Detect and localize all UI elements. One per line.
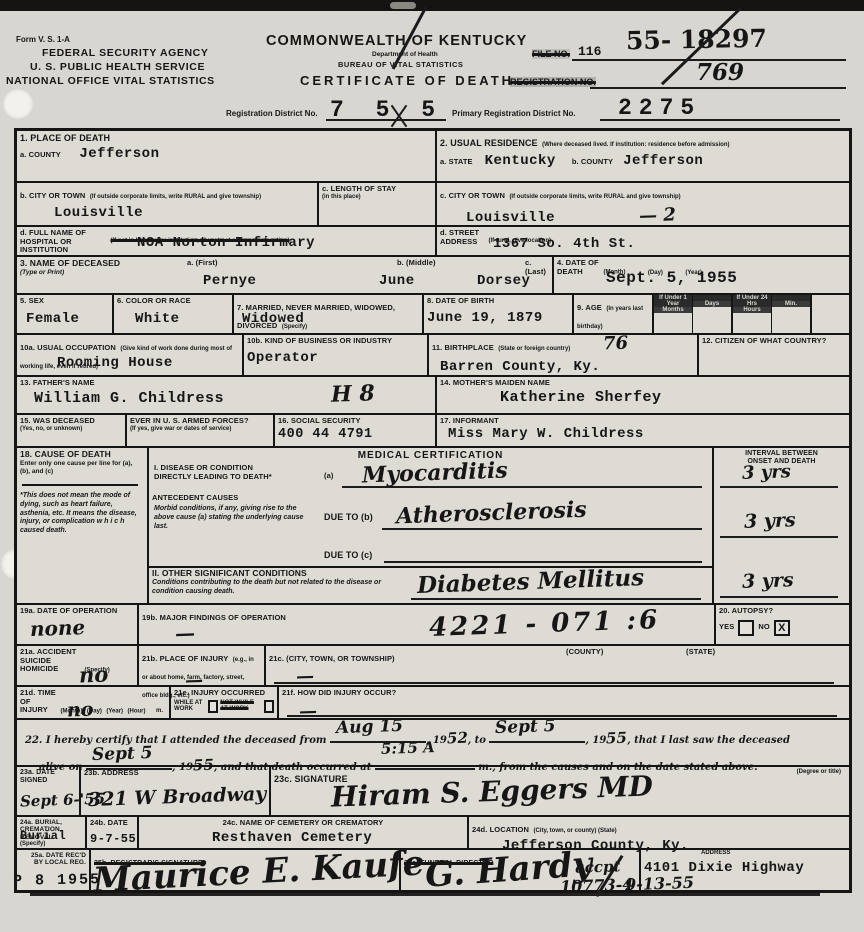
field-informant: 17. INFORMANT Miss Mary W. Childress xyxy=(435,415,849,446)
street-label: d. STREET ADDRESS xyxy=(440,229,484,246)
footer-handnote-3: 9-13-55 xyxy=(625,873,695,894)
interval-other-value: 3 yrs xyxy=(742,569,794,593)
while-at-work-checkbox xyxy=(208,700,218,713)
field-father: 13. FATHER'S NAME William G. Childress H… xyxy=(17,377,435,413)
min-label: Min. xyxy=(772,301,810,307)
hospital-label: d. FULL NAME OF HOSPITAL OR INSTITUTION xyxy=(20,229,106,255)
name-of-deceased-note: (Type or Print) xyxy=(20,269,154,277)
toi-hour: (Hour) xyxy=(128,708,146,714)
field-street-address: d. STREET ADDRESS (If rural, give locati… xyxy=(435,227,849,255)
disease-condition-label-2: DIRECTLY LEADING TO DEATH* xyxy=(154,473,272,482)
field-date-of-death: 4. DATE OF DEATH (Month) (Day) (Year) Se… xyxy=(552,257,849,293)
length-of-stay-note: (in this place) xyxy=(322,194,432,200)
physician-address-value: 321 W Broadway xyxy=(88,783,267,811)
certify-19b: , 19 xyxy=(585,735,606,746)
informant-label: 17. INFORMANT xyxy=(440,417,846,426)
field-injury-city: 21c. (CITY, TOWN, OR TOWNSHIP) (COUNTY) … xyxy=(264,646,849,685)
disease-condition-label-1: I. DISEASE OR CONDITION xyxy=(154,464,253,473)
field-cause-of-death-sidebar: 18. CAUSE OF DEATH Enter only one cause … xyxy=(17,448,147,603)
under-1yr-label: If Under 1 Year xyxy=(654,295,692,307)
row-forces-ssn-informant: 15. WAS DECEASED (Yes, no, or unknown) E… xyxy=(17,413,849,446)
line-a-label: (a) xyxy=(324,472,333,481)
physician-signature-value: Hiram S. Eggers MD xyxy=(331,769,654,813)
field-accident-suicide: 21a. ACCIDENT SUICIDE HOMICIDE (Specify)… xyxy=(17,646,137,685)
ssn-value: 400 44 4791 xyxy=(278,427,432,442)
row-accident: 21a. ACCIDENT SUICIDE HOMICIDE (Specify)… xyxy=(17,644,849,685)
district-line xyxy=(326,119,446,121)
field-time-of-injury: 21d. TIME OF INJURY (Month) (Day) (Year)… xyxy=(17,687,169,718)
toi-m-label: m. xyxy=(156,708,163,714)
sex-value: Female xyxy=(26,311,109,327)
field-medical-certification: MEDICAL CERTIFICATION I. DISEASE OR COND… xyxy=(147,448,712,603)
row-operation-autopsy: 19a. DATE OF OPERATION none 19b. MAJOR F… xyxy=(17,603,849,644)
certify-to-value: Sept 5 xyxy=(495,711,557,744)
field-residence-city: c. CITY OR TOWN (If outside corporate li… xyxy=(435,183,849,225)
county-value: Jefferson xyxy=(79,146,159,162)
residence-county-label: b. COUNTY xyxy=(572,158,613,167)
field-place-of-injury: 21b. PLACE OF INJURY (e.g., in or about … xyxy=(137,646,264,685)
due-to-b-label: DUE TO (b) xyxy=(324,512,373,522)
under-24hr-label: If Under 24 Hrs xyxy=(733,295,771,307)
accident-label: 21a. ACCIDENT SUICIDE HOMICIDE xyxy=(20,648,80,674)
residence-city-note: (If outside corporate limits, write RURA… xyxy=(509,194,680,200)
interval-label-1: INTERVAL BETWEEN xyxy=(717,450,846,458)
field-hospital: d. FULL NAME OF HOSPITAL OR INSTITUTION … xyxy=(17,227,435,255)
cemetery-value: Resthaven Cemetery xyxy=(212,830,464,846)
field-interval: INTERVAL BETWEEN ONSET AND DEATH 3 yrs 3… xyxy=(712,448,849,603)
accident-value: no xyxy=(79,661,109,687)
row-hospital-street: d. FULL NAME OF HOSPITAL OR INSTITUTION … xyxy=(17,225,849,255)
date-of-operation-value: none xyxy=(30,615,86,641)
toi-year: (Year) xyxy=(106,708,123,714)
other-conditions-block: II. OTHER SIGNIFICANT CONDITIONS Conditi… xyxy=(149,566,712,606)
field-citizen: 12. CITIZEN OF WHAT COUNTRY? xyxy=(697,335,849,375)
residence-city-value: Louisville xyxy=(466,210,555,226)
cause-note-1: Enter only one cause per line for (a), (… xyxy=(20,460,144,476)
commonwealth-title: COMMONWEALTH OF KENTUCKY xyxy=(266,33,527,49)
primary-district-line xyxy=(600,119,840,121)
dob-value: June 19, 1879 xyxy=(427,310,569,326)
time-of-injury-value: no xyxy=(67,699,94,722)
field-burial-date: 24b. DATE 9-7-55 xyxy=(85,817,137,848)
while-at-work-label: WHILE AT WORK xyxy=(174,700,206,712)
autopsy-no-label: NO xyxy=(758,623,769,632)
certify-part2: , that I last saw the deceased xyxy=(627,735,790,746)
date-of-death-label: 4. DATE OF DEATH xyxy=(557,259,599,276)
ssn-label: 16. SOCIAL SECURITY xyxy=(278,417,432,426)
other-conditions-note: Conditions contributing to the death but… xyxy=(152,579,412,597)
occupation-value: Rooming House xyxy=(57,355,173,371)
date-received-label: 25a. DATE REC'D BY LOCAL REG. xyxy=(20,852,86,867)
date-of-death-value: Sept. 5, 1955 xyxy=(606,269,737,287)
agency-line-1: FEDERAL SECURITY AGENCY xyxy=(42,47,208,59)
row-sex-race-age: 5. SEX Female 6. COLOR OR RACE White 7. … xyxy=(17,293,849,333)
antecedent-label: ANTECEDENT CAUSES xyxy=(152,494,709,503)
certify-num: 22. xyxy=(25,735,42,746)
field-ssn: 16. SOCIAL SECURITY 400 44 4791 xyxy=(273,415,435,446)
industry-value: Operator xyxy=(247,350,424,366)
first-name-value: Pernye xyxy=(203,273,256,289)
certificate-header: Form V. S. 1-A FEDERAL SECURITY AGENCY U… xyxy=(0,11,864,128)
row-physician-signature: 23a. DATE SIGNED Sept 6-'55 23b. ADDRESS… xyxy=(17,765,849,815)
line-b-rule xyxy=(382,528,702,530)
scan-top-edge xyxy=(0,0,864,11)
cause-note-2: *This does not mean the mode of dying, s… xyxy=(20,492,144,536)
agency-line-3: NATIONAL OFFICE VITAL STATISTICS xyxy=(6,75,215,87)
director-address-label: ADDRESS xyxy=(701,850,730,856)
field-name-values: a. (First) b. (Middle) c. (Last) Pernye … xyxy=(157,257,552,293)
mother-value: Katherine Sherfey xyxy=(500,389,846,406)
autopsy-yes-checkbox xyxy=(738,620,754,636)
residence-city-label: c. CITY OR TOWN xyxy=(440,191,505,200)
last-name-value: Dorsey xyxy=(477,273,530,289)
place-of-injury-label: 21b. PLACE OF INJURY xyxy=(142,654,228,663)
cause-b-value: Atherosclerosis xyxy=(396,497,587,530)
field-date-signed: 23a. DATE SIGNED Sept 6-'55 xyxy=(17,767,79,815)
bureau-line: BUREAU OF VITAL STATISTICS xyxy=(338,60,463,69)
physician-address-label: 23b. ADDRESS xyxy=(84,769,266,778)
field-certify-statement: 22. I hereby certify that I attended the… xyxy=(17,720,849,765)
father-handmark: H 8 xyxy=(331,380,376,408)
time-of-injury-label: 21d. TIME OF INJURY xyxy=(20,689,56,715)
file-no-typed: 116 xyxy=(578,44,601,59)
autopsy-yes-label: YES xyxy=(719,623,734,632)
injury-state-label: (STATE) xyxy=(686,648,715,657)
primary-district-label: Primary Registration District No. xyxy=(452,109,576,118)
burial-location-note: (City, town, or county) (State) xyxy=(533,828,616,834)
field-physician-signature: 23c. SIGNATURE (Degree or title) Hiram S… xyxy=(269,767,849,815)
scan-bottom-line xyxy=(30,893,820,896)
field-marital: 7. MARRIED, NEVER MARRIED, WIDOWED, DIVO… xyxy=(232,295,422,333)
registration-no-label: REGISTRATION NO. xyxy=(510,77,596,87)
field-place-of-death-county: 1. PLACE OF DEATH a. COUNTY Jefferson xyxy=(17,131,435,181)
first-name-label: a. (First) xyxy=(187,259,218,268)
hours-label: Hours xyxy=(733,307,771,313)
row-name-date: 3. NAME OF DECEASED (Type or Print) a. (… xyxy=(17,255,849,293)
field-burial-type: 24a. BURIAL, CREMATION, REMOVAL (Specify… xyxy=(17,817,85,848)
row-burial: 24a. BURIAL, CREMATION, REMOVAL (Specify… xyxy=(17,815,849,848)
certify-from-year: 52 xyxy=(446,725,468,753)
injury-city-value: — xyxy=(296,666,315,688)
line-c-rule xyxy=(384,561,702,563)
residence-city-handmark: — 2 xyxy=(639,204,677,226)
mother-label: 14. MOTHER'S MAIDEN NAME xyxy=(440,379,846,388)
field-physician-address: 23b. ADDRESS 321 W Broadway xyxy=(79,767,269,815)
injury-county-label: (COUNTY) xyxy=(566,648,603,657)
registration-no-handwritten: 769 xyxy=(696,59,744,86)
field-under-age-boxes: If Under 1 Year Months Days If Under 24 … xyxy=(652,295,849,333)
burial-location-label: 24d. LOCATION xyxy=(472,825,529,834)
certify-time-value: 5:15 A xyxy=(380,734,435,763)
other-rule xyxy=(411,598,701,600)
certify-to-year: 55 xyxy=(606,725,628,753)
major-findings-dash: — xyxy=(175,621,196,646)
field-occupation: 10a. USUAL OCCUPATION (Give kind of work… xyxy=(17,335,242,375)
cause-of-death-label: 18. CAUSE OF DEATH xyxy=(20,450,144,460)
form-number: Form V. S. 1-A xyxy=(16,35,70,44)
death-city-value: Louisville xyxy=(54,205,314,221)
field-registrar-signature: 25b. REGISTRAR'S SIGNATURE Maurice E. Ka… xyxy=(89,850,399,890)
interval-b-rule xyxy=(720,536,838,538)
registration-no-line xyxy=(590,87,846,89)
birthplace-note: (State or foreign country) xyxy=(498,346,570,352)
major-findings-hand: 4221 - 071 :6 xyxy=(429,605,661,643)
primary-district-value: 2275 xyxy=(618,95,701,121)
major-findings-label: 19b. MAJOR FINDINGS OF OPERATION xyxy=(142,613,286,622)
residence-county-value: Jefferson xyxy=(623,153,703,169)
days-label: Days xyxy=(693,301,731,307)
field-date-received: 25a. DATE REC'D BY LOCAL REG. P 8 1955 xyxy=(17,850,89,890)
row-occupation-birthplace: 10a. USUAL OCCUPATION (Give kind of work… xyxy=(17,333,849,375)
burial-date-value: 9-7-55 xyxy=(90,832,134,846)
row-registrar: 25a. DATE REC'D BY LOCAL REG. P 8 1955 2… xyxy=(17,848,849,890)
was-deceased-label: 15. WAS DECEASED xyxy=(20,417,122,426)
field-usual-residence: 2. USUAL RESIDENCE (Where deceased lived… xyxy=(435,131,849,181)
certify-to-word: , to xyxy=(468,735,486,746)
cause-a-value: Myocarditis xyxy=(362,457,509,488)
cemetery-label: 24c. NAME OF CEMETERY OR CREMATORY xyxy=(142,819,464,828)
field-injury-occurred: 21e. INJURY OCCURRED WHILE AT WORK NOT W… xyxy=(169,687,277,718)
field-age: 9. AGE (In years last birthday) 76 xyxy=(572,295,652,333)
death-city-note: (If outside corporate limits, write RURA… xyxy=(90,194,261,200)
signature-degree-note: (Degree or title) xyxy=(797,769,841,775)
field-sex: 5. SEX Female xyxy=(17,295,112,333)
certify-part1: I hereby certify that I attended the dec… xyxy=(46,735,327,746)
district-label: Registration District No. xyxy=(226,109,318,118)
field-length-of-stay: c. LENGTH OF STAY (in this place) xyxy=(317,183,435,225)
marital-value: Widowed xyxy=(242,311,304,327)
length-of-stay-label: c. LENGTH OF STAY xyxy=(322,185,432,194)
certificate-title: CERTIFICATE OF DEATH xyxy=(300,73,514,88)
field-name-label: 3. NAME OF DECEASED (Type or Print) xyxy=(17,257,157,293)
date-signed-label: 23a. DATE SIGNED xyxy=(20,769,76,785)
not-while-at-work-checkbox xyxy=(264,700,274,713)
row-city: b. CITY OR TOWN (If outside corporate li… xyxy=(17,181,849,225)
state-label: a. STATE xyxy=(440,158,473,167)
field-date-of-birth: 8. DATE OF BIRTH June 19, 1879 xyxy=(422,295,572,333)
agency-line-2: U. S. PUBLIC HEALTH SERVICE xyxy=(30,61,205,73)
row-medical-certification: 18. CAUSE OF DEATH Enter only one cause … xyxy=(17,446,849,603)
injury-city-label: 21c. (CITY, TOWN, OR TOWNSHIP) xyxy=(269,654,395,663)
birthplace-label: 11. BIRTHPLACE xyxy=(432,343,494,352)
field-industry: 10b. KIND OF BUSINESS OR INDUSTRY Operat… xyxy=(242,335,427,375)
middle-name-label: b. (Middle) xyxy=(397,259,436,268)
interval-other-rule xyxy=(720,596,838,598)
field-birthplace: 11. BIRTHPLACE (State or foreign country… xyxy=(427,335,697,375)
usual-residence-note: (Where deceased lived. If institution: r… xyxy=(542,142,729,148)
antecedent-note: Morbid conditions, if any, giving rise t… xyxy=(154,505,314,531)
age-label: 9. AGE xyxy=(577,303,602,312)
death-city-label: b. CITY OR TOWN xyxy=(20,191,85,200)
burial-date-label: 24b. DATE xyxy=(90,819,134,828)
field-major-findings: 19b. MAJOR FINDINGS OF OPERATION — 4221 … xyxy=(137,605,714,644)
how-injury-label: 21f. HOW DID INJURY OCCUR? xyxy=(282,689,846,698)
color-race-label: 6. COLOR OR RACE xyxy=(117,297,229,306)
field-death-city: b. CITY OR TOWN (If outside corporate li… xyxy=(17,183,317,225)
field-was-deceased: 15. WAS DECEASED (Yes, no, or unknown) xyxy=(17,415,125,446)
injury-city-rule xyxy=(274,682,834,684)
months-label: Months xyxy=(654,307,692,313)
burial-value: Burial xyxy=(20,829,66,843)
county-label: a. COUNTY xyxy=(20,150,61,159)
industry-label: 10b. KIND OF BUSINESS OR INDUSTRY xyxy=(247,337,424,346)
dept-of-health: Department of Health xyxy=(372,51,438,58)
state-value: Kentucky xyxy=(485,153,556,169)
not-while-at-work-label: NOT WHILE AT WORK xyxy=(220,700,262,712)
armed-forces-note: (If yes, give war or dates of service) xyxy=(130,426,270,432)
row-certify: 22. I hereby certify that I attended the… xyxy=(17,718,849,765)
field-mother: 14. MOTHER'S MAIDEN NAME Katherine Sherf… xyxy=(435,377,849,413)
field-autopsy: 20. AUTOPSY? YES NO X xyxy=(714,605,849,644)
armed-forces-label: EVER IN U. S. ARMED FORCES? xyxy=(130,417,270,426)
place-of-death-title: 1. PLACE OF DEATH xyxy=(20,133,432,143)
death-certificate-scan: Form V. S. 1-A FEDERAL SECURITY AGENCY U… xyxy=(0,0,864,932)
field-color-race: 6. COLOR OR RACE White xyxy=(112,295,232,333)
autopsy-no-checkbox: X xyxy=(774,620,790,636)
interval-a-value: 3 yrs xyxy=(742,461,792,484)
date-received-stamp: P 8 1955 xyxy=(13,871,101,890)
was-deceased-note: (Yes, no, or unknown) xyxy=(20,426,122,432)
informant-value: Miss Mary W. Childress xyxy=(448,426,846,442)
usual-residence-title: 2. USUAL RESIDENCE xyxy=(440,138,538,148)
interval-a-rule xyxy=(720,486,838,488)
file-no-label: FILE NO. xyxy=(532,49,570,59)
row-parents: 13. FATHER'S NAME William G. Childress H… xyxy=(17,375,849,413)
due-to-c-label: DUE TO (c) xyxy=(324,550,372,560)
certificate-form: 1. PLACE OF DEATH a. COUNTY Jefferson 2.… xyxy=(14,128,852,893)
sex-label: 5. SEX xyxy=(20,297,109,306)
hospital-value: NOA Norton Infirmary xyxy=(137,235,315,251)
citizen-label: 12. CITIZEN OF WHAT COUNTRY? xyxy=(702,337,846,346)
autopsy-label: 20. AUTOPSY? xyxy=(719,607,846,616)
injury-occurred-label: 21e. INJURY OCCURRED xyxy=(174,689,274,698)
field-armed-forces: EVER IN U. S. ARMED FORCES? (If yes, giv… xyxy=(125,415,273,446)
field-date-of-operation: 19a. DATE OF OPERATION none xyxy=(17,605,137,644)
interval-b-value: 3 yrs xyxy=(744,509,796,533)
birthplace-value: Barren County, Ky. xyxy=(440,359,694,375)
row-place-residence: 1. PLACE OF DEATH a. COUNTY Jefferson 2.… xyxy=(17,131,849,181)
certify-to-blank: Sept 5 xyxy=(489,730,585,743)
dob-label: 8. DATE OF BIRTH xyxy=(427,297,569,306)
name-of-deceased-title: 3. NAME OF DECEASED xyxy=(20,259,154,269)
street-value: 1367 So. 4th St. xyxy=(493,236,635,252)
divider xyxy=(22,484,138,486)
field-burial-location: 24d. LOCATION (City, town, or county) (S… xyxy=(467,817,849,848)
color-race-value: White xyxy=(135,311,229,327)
row-time-of-injury: 21d. TIME OF INJURY (Month) (Day) (Year)… xyxy=(17,685,849,718)
middle-name-value: June xyxy=(379,273,415,289)
occupation-label: 10a. USUAL OCCUPATION xyxy=(20,343,116,352)
